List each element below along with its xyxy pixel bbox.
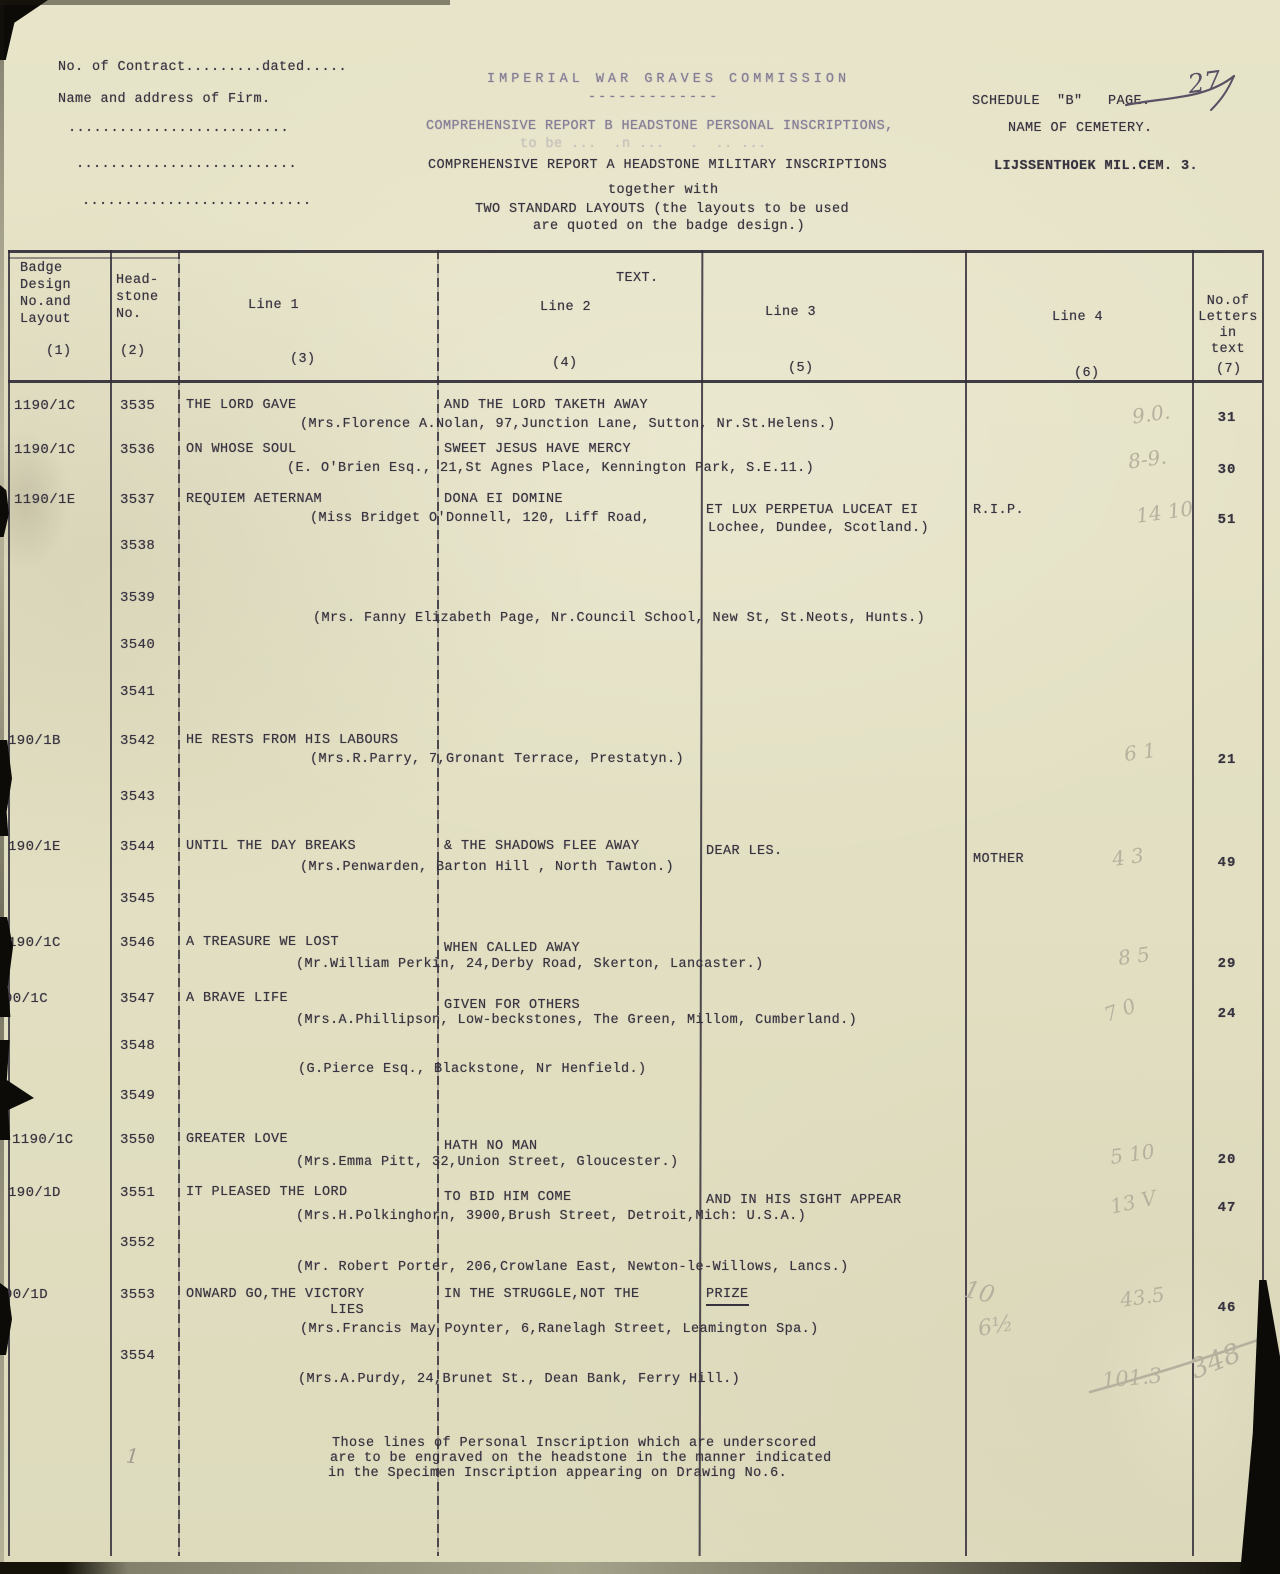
footnote-line1: Those lines of Personal Inscription whic… xyxy=(332,1436,817,1452)
headstone-no: 3543 xyxy=(120,789,155,805)
report-b-subtitle: to be ... .n ... . .. ... xyxy=(520,137,767,153)
col-border-line3-line4 xyxy=(965,250,967,1556)
badge-design-layout: 1190/1C xyxy=(14,398,76,414)
next-of-kin-address: (Miss Bridget O'Donnell, 120, Liff Road, xyxy=(310,511,650,527)
pencil-annotation: 13 V xyxy=(1108,1185,1158,1218)
inscription-line3: DEAR LES. xyxy=(706,844,783,860)
inscription-line2: & THE SHADOWS FLEE AWAY xyxy=(444,839,640,855)
dotted-fill-line: .......................... xyxy=(76,157,297,173)
report-a-title: COMPREHENSIVE REPORT A HEADSTONE MILITAR… xyxy=(428,158,887,174)
inscription-line1: A TREASURE WE LOST xyxy=(186,935,339,951)
handwritten-page-number: 27 xyxy=(1186,66,1223,100)
badge-design-layout: 1190/1C xyxy=(12,1132,74,1148)
torn-edge-left-2 xyxy=(0,740,12,836)
inscription-line2: SWEET JESUS HAVE MERCY xyxy=(444,442,631,458)
pencil-annotation: 14 10 xyxy=(1135,496,1195,528)
inscription-line4: R.I.P. xyxy=(973,503,1024,519)
col-header-line4: Line 4 xyxy=(1052,310,1103,326)
report-b-title: COMPREHENSIVE REPORT B HEADSTONE PERSONA… xyxy=(426,119,894,135)
letters-count: 31 xyxy=(1192,410,1262,426)
letters-count: 21 xyxy=(1192,752,1262,768)
next-of-kin-address: (Mrs.Francis May Poynter, 6,Ranelagh Str… xyxy=(300,1322,819,1338)
inscription-line3: PRIZE xyxy=(706,1287,749,1306)
col-header-headstone: Head- stone No. xyxy=(116,272,159,323)
pencil-annotation: 101.3 xyxy=(1101,1363,1163,1392)
badge-design-layout: 1190/1E xyxy=(14,492,76,508)
inscription-line1: A BRAVE LIFE xyxy=(186,991,288,1007)
letters-count: 46 xyxy=(1192,1300,1262,1316)
inscription-line1: UNTIL THE DAY BREAKS xyxy=(186,839,356,855)
next-of-kin-address: (Mr.William Perkin, 24,Derby Road, Skert… xyxy=(296,957,764,973)
inscription-line1: HE RESTS FROM HIS LABOURS xyxy=(186,733,399,749)
letters-count: 47 xyxy=(1192,1200,1262,1216)
inscription-line1: THE LORD GAVE xyxy=(186,398,297,414)
inscription-line2: GIVEN FOR OTHERS xyxy=(444,998,580,1014)
letters-count: 20 xyxy=(1192,1152,1262,1168)
headstone-no: 3551 xyxy=(120,1185,155,1201)
col-num-6: (6) xyxy=(1074,366,1100,382)
pencil-annotation: 5 10 xyxy=(1109,1139,1156,1169)
layouts-line1: TWO STANDARD LAYOUTS (the layouts to be … xyxy=(475,202,849,218)
letters-count: 29 xyxy=(1192,956,1262,972)
headstone-no: 3540 xyxy=(120,637,155,653)
badge-design-layout: 190/1C xyxy=(8,935,61,951)
next-of-kin-address: (Mrs.A.Phillipson, Low-beckstones, The G… xyxy=(296,1013,857,1029)
badge-design-layout: 190/1B xyxy=(8,733,61,749)
col-header-line2: Line 2 xyxy=(540,300,591,316)
col-border-no-line1 xyxy=(178,250,180,1556)
inscription-line2: WHEN CALLED AWAY xyxy=(444,941,580,957)
pencil-annotation: 348 xyxy=(1186,1337,1245,1385)
contract-line: No. of Contract.........dated..... xyxy=(58,60,347,76)
pencil-annotation: 8 5 xyxy=(1116,942,1151,970)
headstone-no: 3546 xyxy=(120,935,155,951)
col-num-2: (2) xyxy=(120,344,146,360)
pencil-annotation: 1 xyxy=(125,1443,140,1468)
headstone-no: 3554 xyxy=(120,1348,155,1364)
table-top-border xyxy=(8,250,1262,253)
table-top-border-double xyxy=(8,257,180,259)
cemetery-name: LIJSSENTHOEK MIL.CEM. 3. xyxy=(994,159,1198,175)
inscription-line1: GREATER LOVE xyxy=(186,1132,288,1148)
col-header-letters: No.of Letters in text xyxy=(1196,294,1260,358)
together-with: together with xyxy=(608,183,719,199)
headstone-no: 3536 xyxy=(120,442,155,458)
next-of-kin-address: (Mrs.H.Polkinghorn, 3900,Brush Street, D… xyxy=(296,1209,806,1225)
badge-design-layout: 190/1E xyxy=(8,839,61,855)
dotted-fill-line: ........................... xyxy=(82,194,312,210)
pencil-annotation: 7 0 xyxy=(1101,993,1139,1026)
inscription-line2: TO BID HIM COME xyxy=(444,1190,572,1206)
headstone-no: 3539 xyxy=(120,590,155,606)
scanned-schedule-page: No. of Contract.........dated..... Name … xyxy=(0,0,1280,1574)
headstone-no: 3545 xyxy=(120,891,155,907)
headstone-no: 3535 xyxy=(120,398,155,414)
col-num-5: (5) xyxy=(788,361,814,377)
col-border-badge-no xyxy=(110,250,112,1556)
inscription-line2: HATH NO MAN xyxy=(444,1139,538,1155)
next-of-kin-address: (Mr. Robert Porter, 206,Crowlane East, N… xyxy=(296,1260,849,1276)
col-num-3: (3) xyxy=(290,352,316,368)
badge-design-layout: 90/1D xyxy=(4,1287,48,1303)
inscription-line2: AND THE LORD TAKETH AWAY xyxy=(444,398,648,414)
layouts-line2: are quoted on the badge design.) xyxy=(533,219,805,235)
dotted-fill-line: .......................... xyxy=(68,121,289,137)
table-border-right xyxy=(1262,250,1264,1310)
scan-edge-bottom xyxy=(0,1562,1280,1574)
torn-edge-top-left xyxy=(0,0,48,60)
col-header-line1: Line 1 xyxy=(248,298,299,314)
footnote-line3: in the Specimen Inscription appearing on… xyxy=(328,1466,787,1482)
next-of-kin-address: (G.Pierce Esq., Blackstone, Nr Henfield.… xyxy=(298,1062,647,1078)
headstone-no: 3553 xyxy=(120,1287,155,1303)
pencil-annotation: 8-9. xyxy=(1127,444,1169,473)
next-of-kin-address: (Mrs.A.Purdy, 24,Brunet St., Dean Bank, … xyxy=(298,1372,740,1388)
scan-edge-top xyxy=(0,0,450,5)
title-underline: ------------- xyxy=(588,90,719,106)
col-num-4: (4) xyxy=(552,356,578,372)
col-border-line2-line3 xyxy=(699,250,704,1556)
next-of-kin-address: (E. O'Brien Esq., 21,St Agnes Place, Ken… xyxy=(287,461,814,477)
commission-title: IMPERIAL WAR GRAVES COMMISSION xyxy=(487,72,850,88)
inscription-line2: DONA EI DOMINE xyxy=(444,492,563,508)
letters-count: 49 xyxy=(1192,855,1262,871)
headstone-no: 3538 xyxy=(120,538,155,554)
inscription-line1: ONWARD GO,THE VICTORY xyxy=(186,1287,365,1303)
inscription-line3: ET LUX PERPETUA LUCEAT EI xyxy=(706,503,919,519)
next-of-kin-address: (Mrs.R.Parry, 7,Gronant Terrace, Prestat… xyxy=(310,752,684,768)
letters-count: 51 xyxy=(1192,512,1262,528)
next-of-kin-address: (Mrs.Emma Pitt, 32,Union Street, Glouces… xyxy=(296,1155,679,1171)
headstone-no: 3552 xyxy=(120,1235,155,1251)
col-num-1: (1) xyxy=(46,344,72,360)
pencil-annotation: 6 1 xyxy=(1122,738,1157,766)
inscription-line1: ON WHOSE SOUL xyxy=(186,442,297,458)
inscription-line3: AND IN HIS SIGHT APPEAR xyxy=(706,1193,902,1209)
torn-edge-bottom-right xyxy=(1240,1280,1280,1574)
inscription-line4: MOTHER xyxy=(973,852,1024,868)
letters-count: 24 xyxy=(1192,1006,1262,1022)
headstone-no: 3541 xyxy=(120,684,155,700)
headstone-no: 3550 xyxy=(120,1132,155,1148)
inscription-line1-cont: LIES xyxy=(330,1303,364,1319)
next-of-kin-address: (Mrs.Florence A.Nolan, 97,Junction Lane,… xyxy=(300,417,836,433)
headstone-no: 3547 xyxy=(120,991,155,1007)
headstone-no: 3549 xyxy=(120,1088,155,1104)
next-of-kin-address: (Mrs.Penwarden, Barton Hill , North Tawt… xyxy=(300,860,674,876)
letters-count: 30 xyxy=(1192,462,1262,478)
inscription-line1: IT PLEASED THE LORD xyxy=(186,1185,348,1201)
badge-design-layout: 90/1C xyxy=(4,991,48,1007)
inscription-line1: REQUIEM AETERNAM xyxy=(186,492,322,508)
headstone-no: 3537 xyxy=(120,492,155,508)
headstone-no: 3542 xyxy=(120,733,155,749)
footnote-line2: are to be engraved on the headstone in t… xyxy=(330,1451,832,1467)
next-of-kin-address-cont: Lochee, Dundee, Scotland.) xyxy=(708,521,929,537)
badge-design-layout: 1190/1C xyxy=(14,442,76,458)
schedule-page-label: SCHEDULE "B" PAGE. xyxy=(972,94,1151,110)
torn-edge-left-4 xyxy=(0,1040,34,1140)
firm-address-label: Name and address of Firm. xyxy=(58,92,271,108)
headstone-no: 3544 xyxy=(120,839,155,855)
cemetery-label: NAME OF CEMETERY. xyxy=(1008,121,1153,137)
text-group-header: TEXT. xyxy=(616,271,659,287)
badge-design-layout: 190/1D xyxy=(8,1185,61,1201)
inscription-line2: IN THE STRUGGLE,NOT THE xyxy=(444,1287,640,1303)
table-border-left xyxy=(8,250,10,1556)
pencil-annotation: 9.0. xyxy=(1131,399,1172,428)
next-of-kin-address: (Mrs. Fanny Elizabeth Page, Nr.Council S… xyxy=(313,611,925,627)
headstone-no: 3548 xyxy=(120,1038,155,1054)
col-num-7: (7) xyxy=(1216,362,1242,378)
col-header-line3: Line 3 xyxy=(765,305,816,321)
pencil-annotation: 43.5 xyxy=(1119,1282,1166,1312)
pencil-annotation: 6½ xyxy=(976,1311,1015,1342)
col-header-badge: Badge Design No.and Layout xyxy=(20,260,71,328)
pencil-annotation: 4 3 xyxy=(1110,843,1145,871)
col-border-line1-line2 xyxy=(437,250,439,1556)
